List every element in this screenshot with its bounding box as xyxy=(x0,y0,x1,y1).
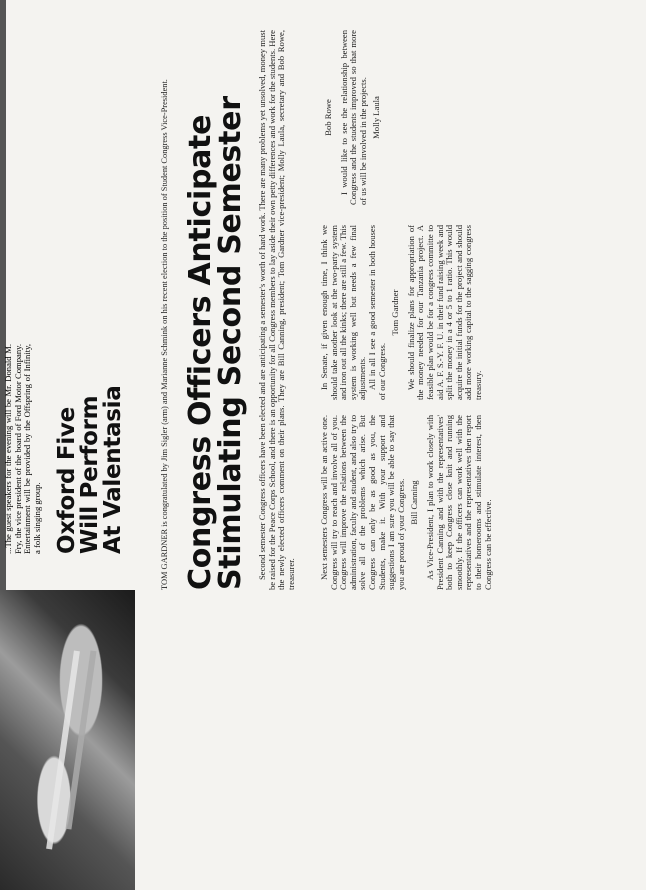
lower-articles: ...The guest speakers for the evening wi… xyxy=(0,0,646,890)
oxford-headline: Oxford Five Will Perform At Valentasia xyxy=(56,354,125,554)
oxford-lead-in-paragraph: ...The guest speakers for the evening wi… xyxy=(4,344,42,554)
